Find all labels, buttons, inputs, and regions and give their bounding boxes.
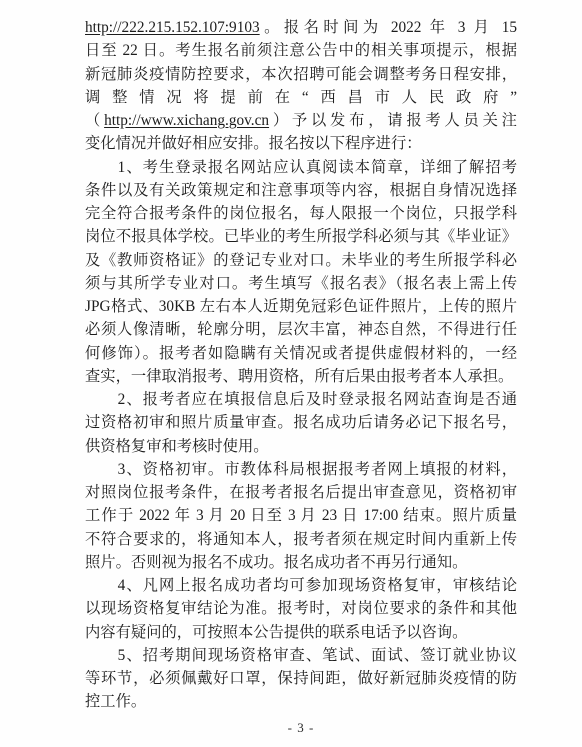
text-line: 岗位不报具体学校。已毕业的考生所报学科必须与其《毕业证》 [85,225,517,248]
text-line: 3、资格初审。市教体科局根据报考者网上填报的材料， [85,458,517,481]
text-segment: 供资格复审和考核时使用。 [85,438,269,455]
text-segment: JPG格式、30KB 左右本人近期免冠彩色证件照片，上传的照片 [85,298,517,315]
text-segment: 及《教师资格证》的登记专业对口。未毕业的考生所报学科必 [85,252,517,269]
text-segment: 新冠肺炎疫情防控要求，本次招聘可能会调整考务日程安排， [85,66,517,83]
text-line: 2、报考者应在填报信息后及时登录报名网站查询是否通 [85,388,517,411]
text-segment: 何修饰）。报考者如隐瞒有关情况或者提供虚假材料的，一经 [85,345,517,362]
text-line: 内容有疑问的，可按照本公告提供的联系电话予以咨询。 [85,621,517,644]
document-body: http://222.215.152.107:9103。报名时间为 2022 年… [85,16,517,737]
text-segment: 条件以及有关政策规定和注意事项等内容，根据自身情况选择 [85,182,517,199]
text-line: 过资格初审和照片质量审查。报名成功后请务必记下报名号， [85,411,517,434]
text-segment: ）予以发布，请报考人员关注 [269,112,517,129]
text-line: 控工作。 [85,690,517,713]
text-line: 及《教师资格证》的登记专业对口。未毕业的考生所报学科必 [85,249,517,272]
hyperlink[interactable]: http://www.xichang.gov.cn [104,112,269,129]
text-segment: 日至 22 日。考生报名前须注意公告中的相关事项提示，根据 [85,42,517,59]
text-line: 供资格复审和考核时使用。 [85,435,517,458]
text-line: 1、考生登录报名网站应认真阅读本简章，详细了解招考 [85,156,517,179]
text-line: 调整情况将提前在“西昌市人民政府” [85,86,517,109]
text-segment: 以现场资格复审结论为准。报考时，对岗位要求的条件和其他 [85,600,517,617]
text-segment: 控工作。 [85,693,146,710]
text-line: 不符合要求的，将通知本人，报考者须在规定时间内重新上传 [85,528,517,551]
text-line: 何修饰）。报考者如隐瞒有关情况或者提供虚假材料的，一经 [85,342,517,365]
text-line: http://222.215.152.107:9103。报名时间为 2022 年… [85,16,517,39]
text-line: 以现场资格复审结论为准。报考时，对岗位要求的条件和其他 [85,597,517,620]
text-segment: 查实，一律取消报考、聘用资格，所有后果由报考者本人承担。 [85,368,513,385]
text-line: 变化情况并做好相应安排。报名按以下程序进行： [85,132,517,155]
document-page: http://222.215.152.107:9103。报名时间为 2022 年… [0,0,582,747]
text-segment: 必须人像清晰，轮廓分明，层次丰富，神态自然，不得进行任 [85,321,517,338]
text-segment: 工作于 2022 年 3 月 20 日至 3 月 23 日 17:00 结束。照… [85,507,517,524]
text-line: 5、招考期间现场资格审查、笔试、面试、签订就业协议 [85,644,517,667]
text-line: 条件以及有关政策规定和注意事项等内容，根据自身情况选择 [85,179,517,202]
text-line: 4、凡网上报名成功者均可参加现场资格复审，审核结论 [85,574,517,597]
text-line: 须与其所学专业对口。考生填写《报名表》（报名表上需上传 [85,272,517,295]
text-line: 必须人像清晰，轮廓分明，层次丰富，神态自然，不得进行任 [85,318,517,341]
text-segment: 须与其所学专业对口。考生填写《报名表》（报名表上需上传 [85,275,517,292]
text-segment: 。报名时间为 2022 年 3 月 15 [260,19,517,36]
text-segment: （ [85,112,104,129]
text-segment: 2、报考者应在填报信息后及时登录报名网站查询是否通 [85,391,517,408]
text-segment: 等环节，必须佩戴好口罩，保持间距，做好新冠肺炎疫情的防 [85,670,517,687]
text-line: 对照岗位报考条件，在报考者报名后提出审查意见，资格初审 [85,481,517,504]
text-line: 完全符合报考条件的岗位报名，每人限报一个岗位，只报学科 [85,202,517,225]
text-line: 新冠肺炎疫情防控要求，本次招聘可能会调整考务日程安排， [85,63,517,86]
page-number: - 3 - [85,719,517,737]
text-segment: 调整情况将提前在“西昌市人民政府” [85,89,517,106]
text-segment: 4、凡网上报名成功者均可参加现场资格复审，审核结论 [85,577,517,594]
text-line: JPG格式、30KB 左右本人近期免冠彩色证件照片，上传的照片 [85,295,517,318]
text-line: 日至 22 日。考生报名前须注意公告中的相关事项提示，根据 [85,39,517,62]
text-segment: 照片。否则视为报名不成功。报名成功者不再另行通知。 [85,554,467,571]
text-segment: 变化情况并做好相应安排。报名按以下程序进行： [85,135,422,152]
text-line: 照片。否则视为报名不成功。报名成功者不再另行通知。 [85,551,517,574]
text-line: 查实，一律取消报考、聘用资格，所有后果由报考者本人承担。 [85,365,517,388]
text-segment: 岗位不报具体学校。已毕业的考生所报学科必须与其《毕业证》 [85,228,517,245]
text-line: 工作于 2022 年 3 月 20 日至 3 月 23 日 17:00 结束。照… [85,504,517,527]
text-line: （http://www.xichang.gov.cn）予以发布，请报考人员关注 [85,109,517,132]
text-segment: 不符合要求的，将通知本人，报考者须在规定时间内重新上传 [85,531,517,548]
text-segment: 完全符合报考条件的岗位报名，每人限报一个岗位，只报学科 [85,205,517,222]
text-line: 等环节，必须佩戴好口罩，保持间距，做好新冠肺炎疫情的防 [85,667,517,690]
text-segment: 内容有疑问的，可按照本公告提供的联系电话予以咨询。 [85,624,467,641]
text-segment: 5、招考期间现场资格审查、笔试、面试、签订就业协议 [85,647,517,664]
text-segment: 1、考生登录报名网站应认真阅读本简章，详细了解招考 [85,159,517,176]
text-segment: 3、资格初审。市教体科局根据报考者网上填报的材料， [85,461,517,478]
text-segment: 对照岗位报考条件，在报考者报名后提出审查意见，资格初审 [85,484,517,501]
hyperlink[interactable]: http://222.215.152.107:9103 [85,19,260,36]
text-segment: 过资格初审和照片质量审查。报名成功后请务必记下报名号， [85,414,517,431]
